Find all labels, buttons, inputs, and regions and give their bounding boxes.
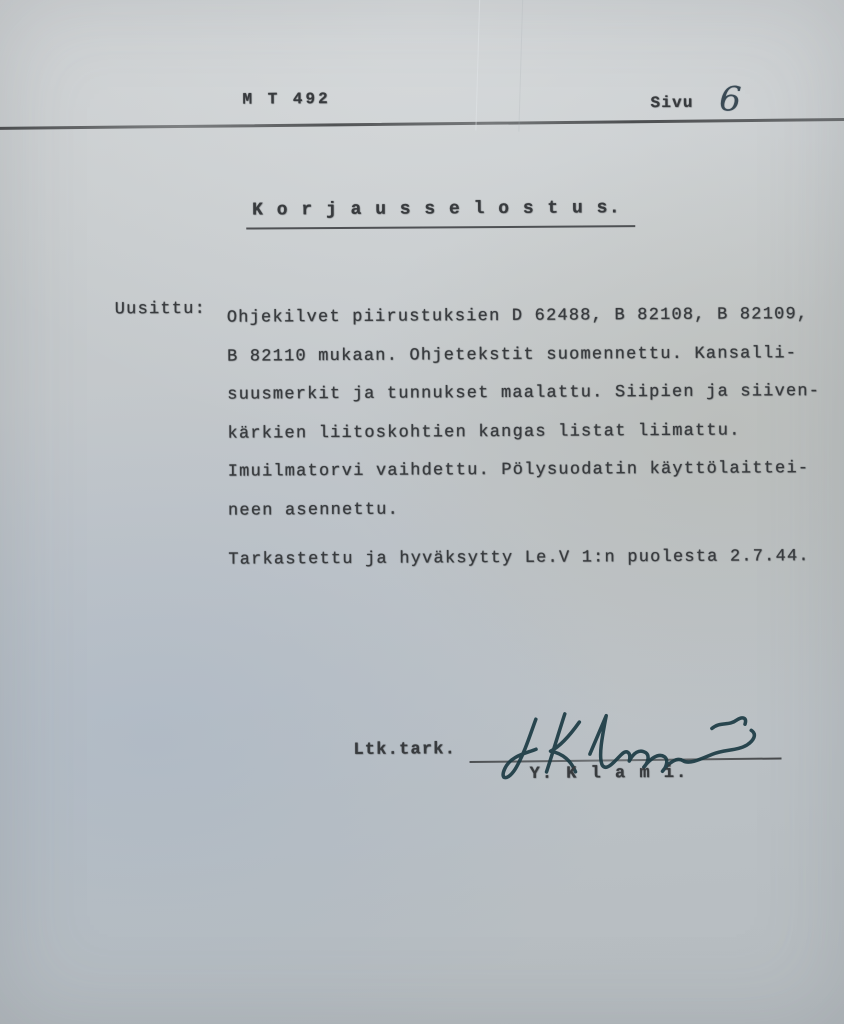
paper-crease [475,0,523,132]
document-number: M T 492 [242,90,330,109]
signature-flourish [712,718,746,729]
body-label: Uusittu: [115,300,206,320]
typed-signature-name: Y. K l a m i. [530,764,689,784]
signature-label: Ltk.tark. [353,740,456,760]
scanned-document-page: M T 492 Sivu 6 K o r j a u s s e l o s t… [0,0,844,1024]
page-content: M T 492 Sivu 6 K o r j a u s s e l o s t… [0,0,844,1024]
body-paragraph: Ohjekilvet piirustuksien D 62488, B 8210… [227,296,821,531]
body-line: B 82110 mukaan. Ohjetekstit suomennettu.… [227,335,820,377]
body-line: suusmerkit ja tunnukset maalattu. Siipie… [227,373,820,415]
page-label: Sivu [650,94,693,112]
body-line: kärkien liitoskohtien kangas listat liim… [227,412,820,454]
document-title: K o r j a u s s e l o s t u s. [246,198,635,229]
body-line: neen asennettu. [228,489,821,531]
approval-line: Tarkastettu ja hyväksytty Le.V 1:n puole… [228,547,810,570]
handwritten-page-number: 6 [718,79,742,120]
header-divider-line [0,118,844,130]
body-line: Imuilmatorvi vaihdettu. Pölysuodatin käy… [228,450,821,492]
body-line: Ohjekilvet piirustuksien D 62488, B 8210… [227,296,820,338]
